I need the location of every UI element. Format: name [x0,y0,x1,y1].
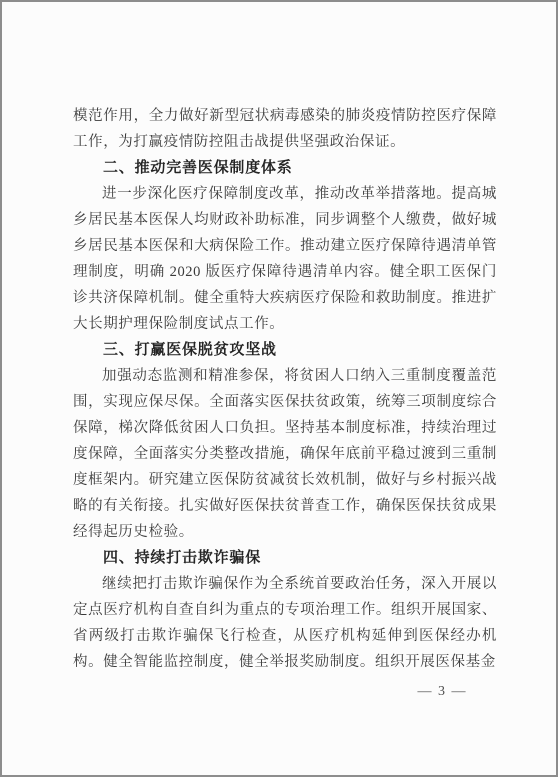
paragraph-insurance-system-reform: 进一步深化医疗保障制度改革，推动改革举措落地。提高城乡居民基本医保人均财政补助标… [73,181,497,337]
paragraph-epidemic-guarantee: 模范作用，全力做好新型冠状病毒感染的肺炎疫情防控医疗保障工作，为打赢疫情防控阻击… [73,103,497,155]
paragraph-fraud-crackdown: 继续把打击欺诈骗保作为全系统首要政治任务，深入开展以定点医疗机构自查自纠为重点的… [73,571,497,675]
document-content: 模范作用，全力做好新型冠状病毒感染的肺炎疫情防控医疗保障工作，为打赢疫情防控阻击… [2,2,556,700]
section-heading-3-poverty-battle: 三、打赢医保脱贫攻坚战 [73,337,497,363]
page-number: — 3 — [73,684,497,700]
paragraph-poverty-alleviation: 加强动态监测和精准参保，将贫困人口纳入三重制度覆盖范围，实现应保尽保。全面落实医… [73,363,497,545]
document-page: 模范作用，全力做好新型冠状病毒感染的肺炎疫情防控医疗保障工作，为打赢疫情防控阻击… [0,0,558,777]
section-heading-4-fraud-crackdown: 四、持续打击欺诈骗保 [73,545,497,571]
section-heading-2-insurance-system: 二、推动完善医保制度体系 [73,155,497,181]
